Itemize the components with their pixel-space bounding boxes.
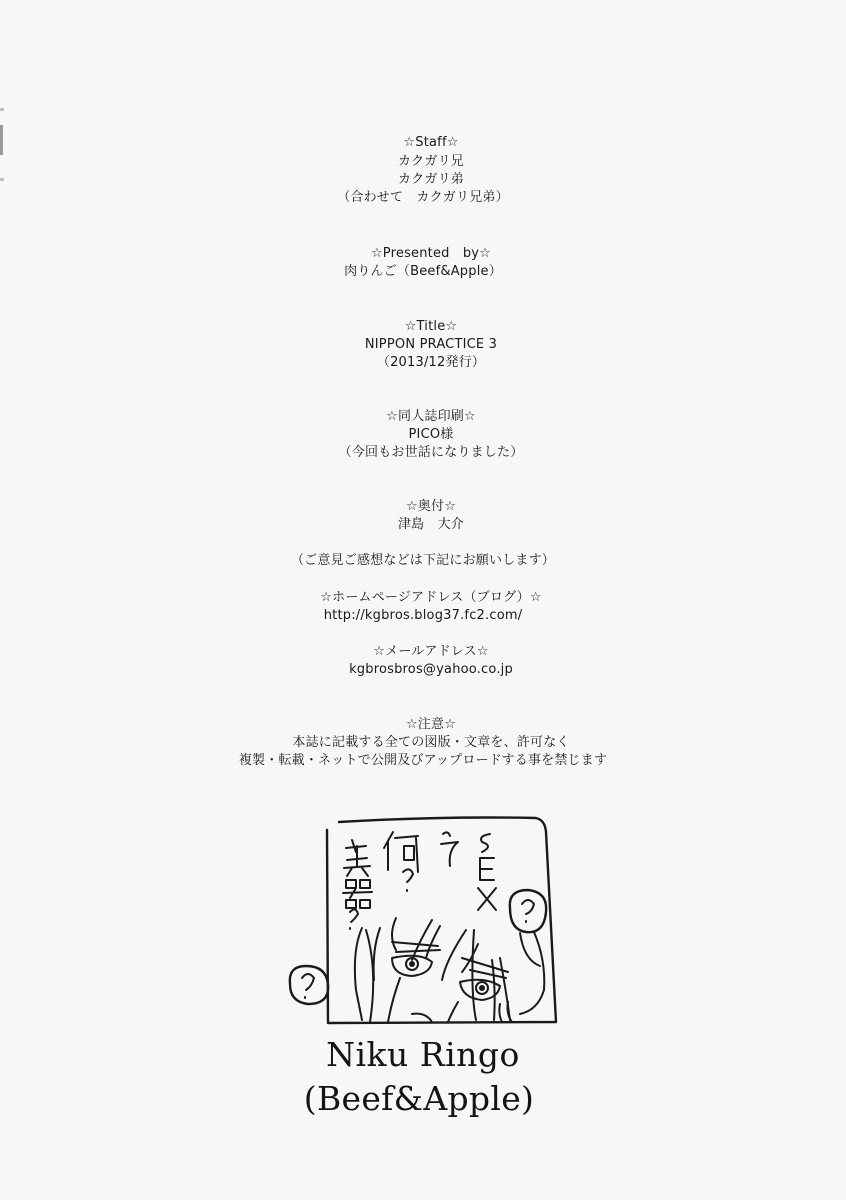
handwritten-heiki: [343, 840, 372, 929]
title-date: （2013/12発行）: [8, 354, 846, 371]
email-address: kgbrosbros@yahoo.co.jp: [8, 661, 846, 678]
handwritten-tte: [441, 832, 458, 866]
printing-heading: ☆同人誌印刷☆: [8, 408, 846, 425]
colophon-page: ☆Staff☆ カクガリ兄 カクガリ弟 （合わせて カクガリ兄弟） ☆Prese…: [0, 0, 846, 1200]
handwritten-nani: [384, 832, 418, 891]
email-heading: ☆メールアドレス☆: [8, 643, 846, 660]
circle-logo-line2: (Beef&Apple): [0, 1080, 842, 1118]
homepage-heading: ☆ホームページアドレス（ブログ）☆: [8, 589, 846, 606]
colophon-heading: ☆奥付☆: [8, 498, 846, 515]
presented-by-heading: ☆Presented by☆: [8, 245, 846, 262]
sketch-illustration: [280, 805, 570, 1035]
printing-line: （今回もお世話になりました）: [8, 444, 846, 461]
scan-edge-mark: [0, 178, 4, 181]
character-face: [355, 918, 512, 1022]
staff-line: カクガリ兄: [8, 153, 846, 170]
title-line: NIPPON PRACTICE 3: [8, 336, 846, 353]
question-bubble-left: [290, 966, 328, 1004]
printing-line: PICO様: [8, 426, 846, 443]
title-heading: ☆Title☆: [8, 318, 846, 335]
notice-line: 本誌に記載する全ての図版・文章を、許可なく: [8, 734, 846, 751]
sketch-frame: [327, 818, 556, 1024]
handwritten-sex: [478, 834, 496, 910]
presented-by-line: 肉りんご（Beef&Apple）: [0, 263, 846, 280]
question-bubble-right: [510, 890, 546, 1014]
circle-logo-line1: Niku Ringo: [0, 1036, 846, 1074]
author-name: 津島 大介: [8, 516, 846, 533]
staff-line: カクガリ弟: [8, 171, 846, 188]
notice-heading: ☆注意☆: [8, 716, 846, 733]
homepage-url: http://kgbros.blog37.fc2.com/: [0, 607, 846, 624]
staff-line: （合わせて カクガリ兄弟）: [0, 189, 846, 206]
notice-line: 複製・転載・ネットで公開及びアップロードする事を禁じます: [0, 752, 846, 769]
staff-heading: ☆Staff☆: [8, 134, 846, 151]
scan-edge-mark: [0, 125, 3, 155]
scan-edge-mark: [0, 108, 4, 111]
feedback-note: （ご意見ご感想などは下記にお願いします）: [0, 552, 846, 569]
